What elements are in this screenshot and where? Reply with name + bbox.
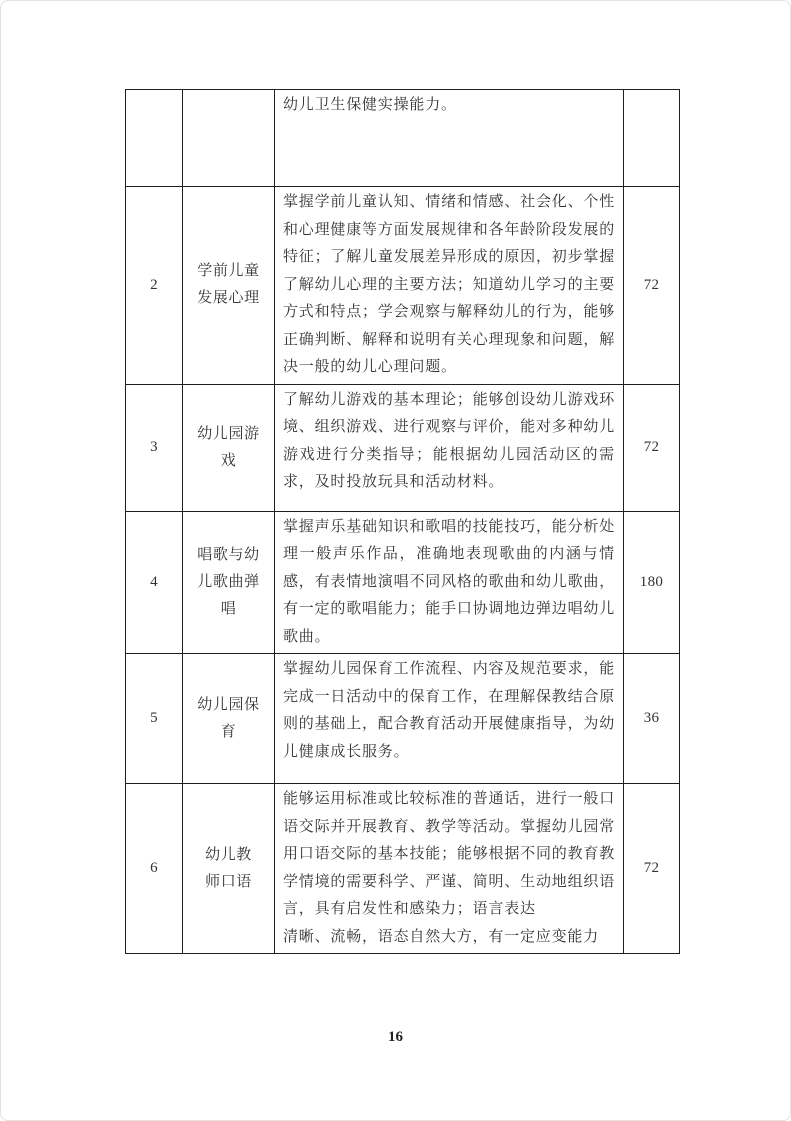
cell-description: 了解幼儿游戏的基本理论；能够创设幼儿游戏环境、组织游戏、进行观察与评价，能对多种… — [275, 384, 624, 511]
cell-hours: 72 — [624, 384, 680, 511]
cell-hours: 36 — [624, 654, 680, 784]
cell-description: 掌握学前儿童认知、情绪和情感、社会化、个性和心理健康等方面发展规律和各年龄阶段发… — [275, 187, 624, 385]
cell-hours: 180 — [624, 511, 680, 654]
document-page: 幼儿卫生保健实操能力。 2 学前儿童 发展心理 掌握学前儿童认知、情绪和情感、社… — [0, 0, 791, 1121]
cell-course-name: 幼儿教 师口语 — [183, 784, 275, 954]
cell-course-name: 幼儿园保 育 — [183, 654, 275, 784]
table-row: 2 学前儿童 发展心理 掌握学前儿童认知、情绪和情感、社会化、个性和心理健康等方… — [126, 187, 680, 385]
cell-no — [126, 90, 183, 187]
cell-no: 2 — [126, 187, 183, 385]
cell-course-name: 唱歌与幼 儿歌曲弹 唱 — [183, 511, 275, 654]
cell-description: 幼儿卫生保健实操能力。 — [275, 90, 624, 187]
table-row: 6 幼儿教 师口语 能够运用标准或比较标准的普通话，进行一般口语交际并开展教育、… — [126, 784, 680, 954]
table-row: 5 幼儿园保 育 掌握幼儿园保育工作流程、内容及规范要求，能完成一日活动中的保育… — [126, 654, 680, 784]
cell-no: 6 — [126, 784, 183, 954]
cell-course-name: 幼儿园游 戏 — [183, 384, 275, 511]
page-number: 16 — [1, 1029, 790, 1046]
course-table: 幼儿卫生保健实操能力。 2 学前儿童 发展心理 掌握学前儿童认知、情绪和情感、社… — [125, 89, 680, 954]
cell-no: 5 — [126, 654, 183, 784]
cell-course-name: 学前儿童 发展心理 — [183, 187, 275, 385]
cell-no: 4 — [126, 511, 183, 654]
table-row: 3 幼儿园游 戏 了解幼儿游戏的基本理论；能够创设幼儿游戏环境、组织游戏、进行观… — [126, 384, 680, 511]
table-row: 幼儿卫生保健实操能力。 — [126, 90, 680, 187]
cell-no: 3 — [126, 384, 183, 511]
cell-description: 能够运用标准或比较标准的普通话，进行一般口语交际并开展教育、教学等活动。掌握幼儿… — [275, 784, 624, 954]
cell-course-name — [183, 90, 275, 187]
cell-description: 掌握幼儿园保育工作流程、内容及规范要求，能完成一日活动中的保育工作，在理解保教结… — [275, 654, 624, 784]
cell-hours — [624, 90, 680, 187]
cell-hours: 72 — [624, 784, 680, 954]
cell-description: 掌握声乐基础知识和歌唱的技能技巧，能分析处理一般声乐作品，准确地表现歌曲的内涵与… — [275, 511, 624, 654]
table-row: 4 唱歌与幼 儿歌曲弹 唱 掌握声乐基础知识和歌唱的技能技巧，能分析处理一般声乐… — [126, 511, 680, 654]
cell-hours: 72 — [624, 187, 680, 385]
